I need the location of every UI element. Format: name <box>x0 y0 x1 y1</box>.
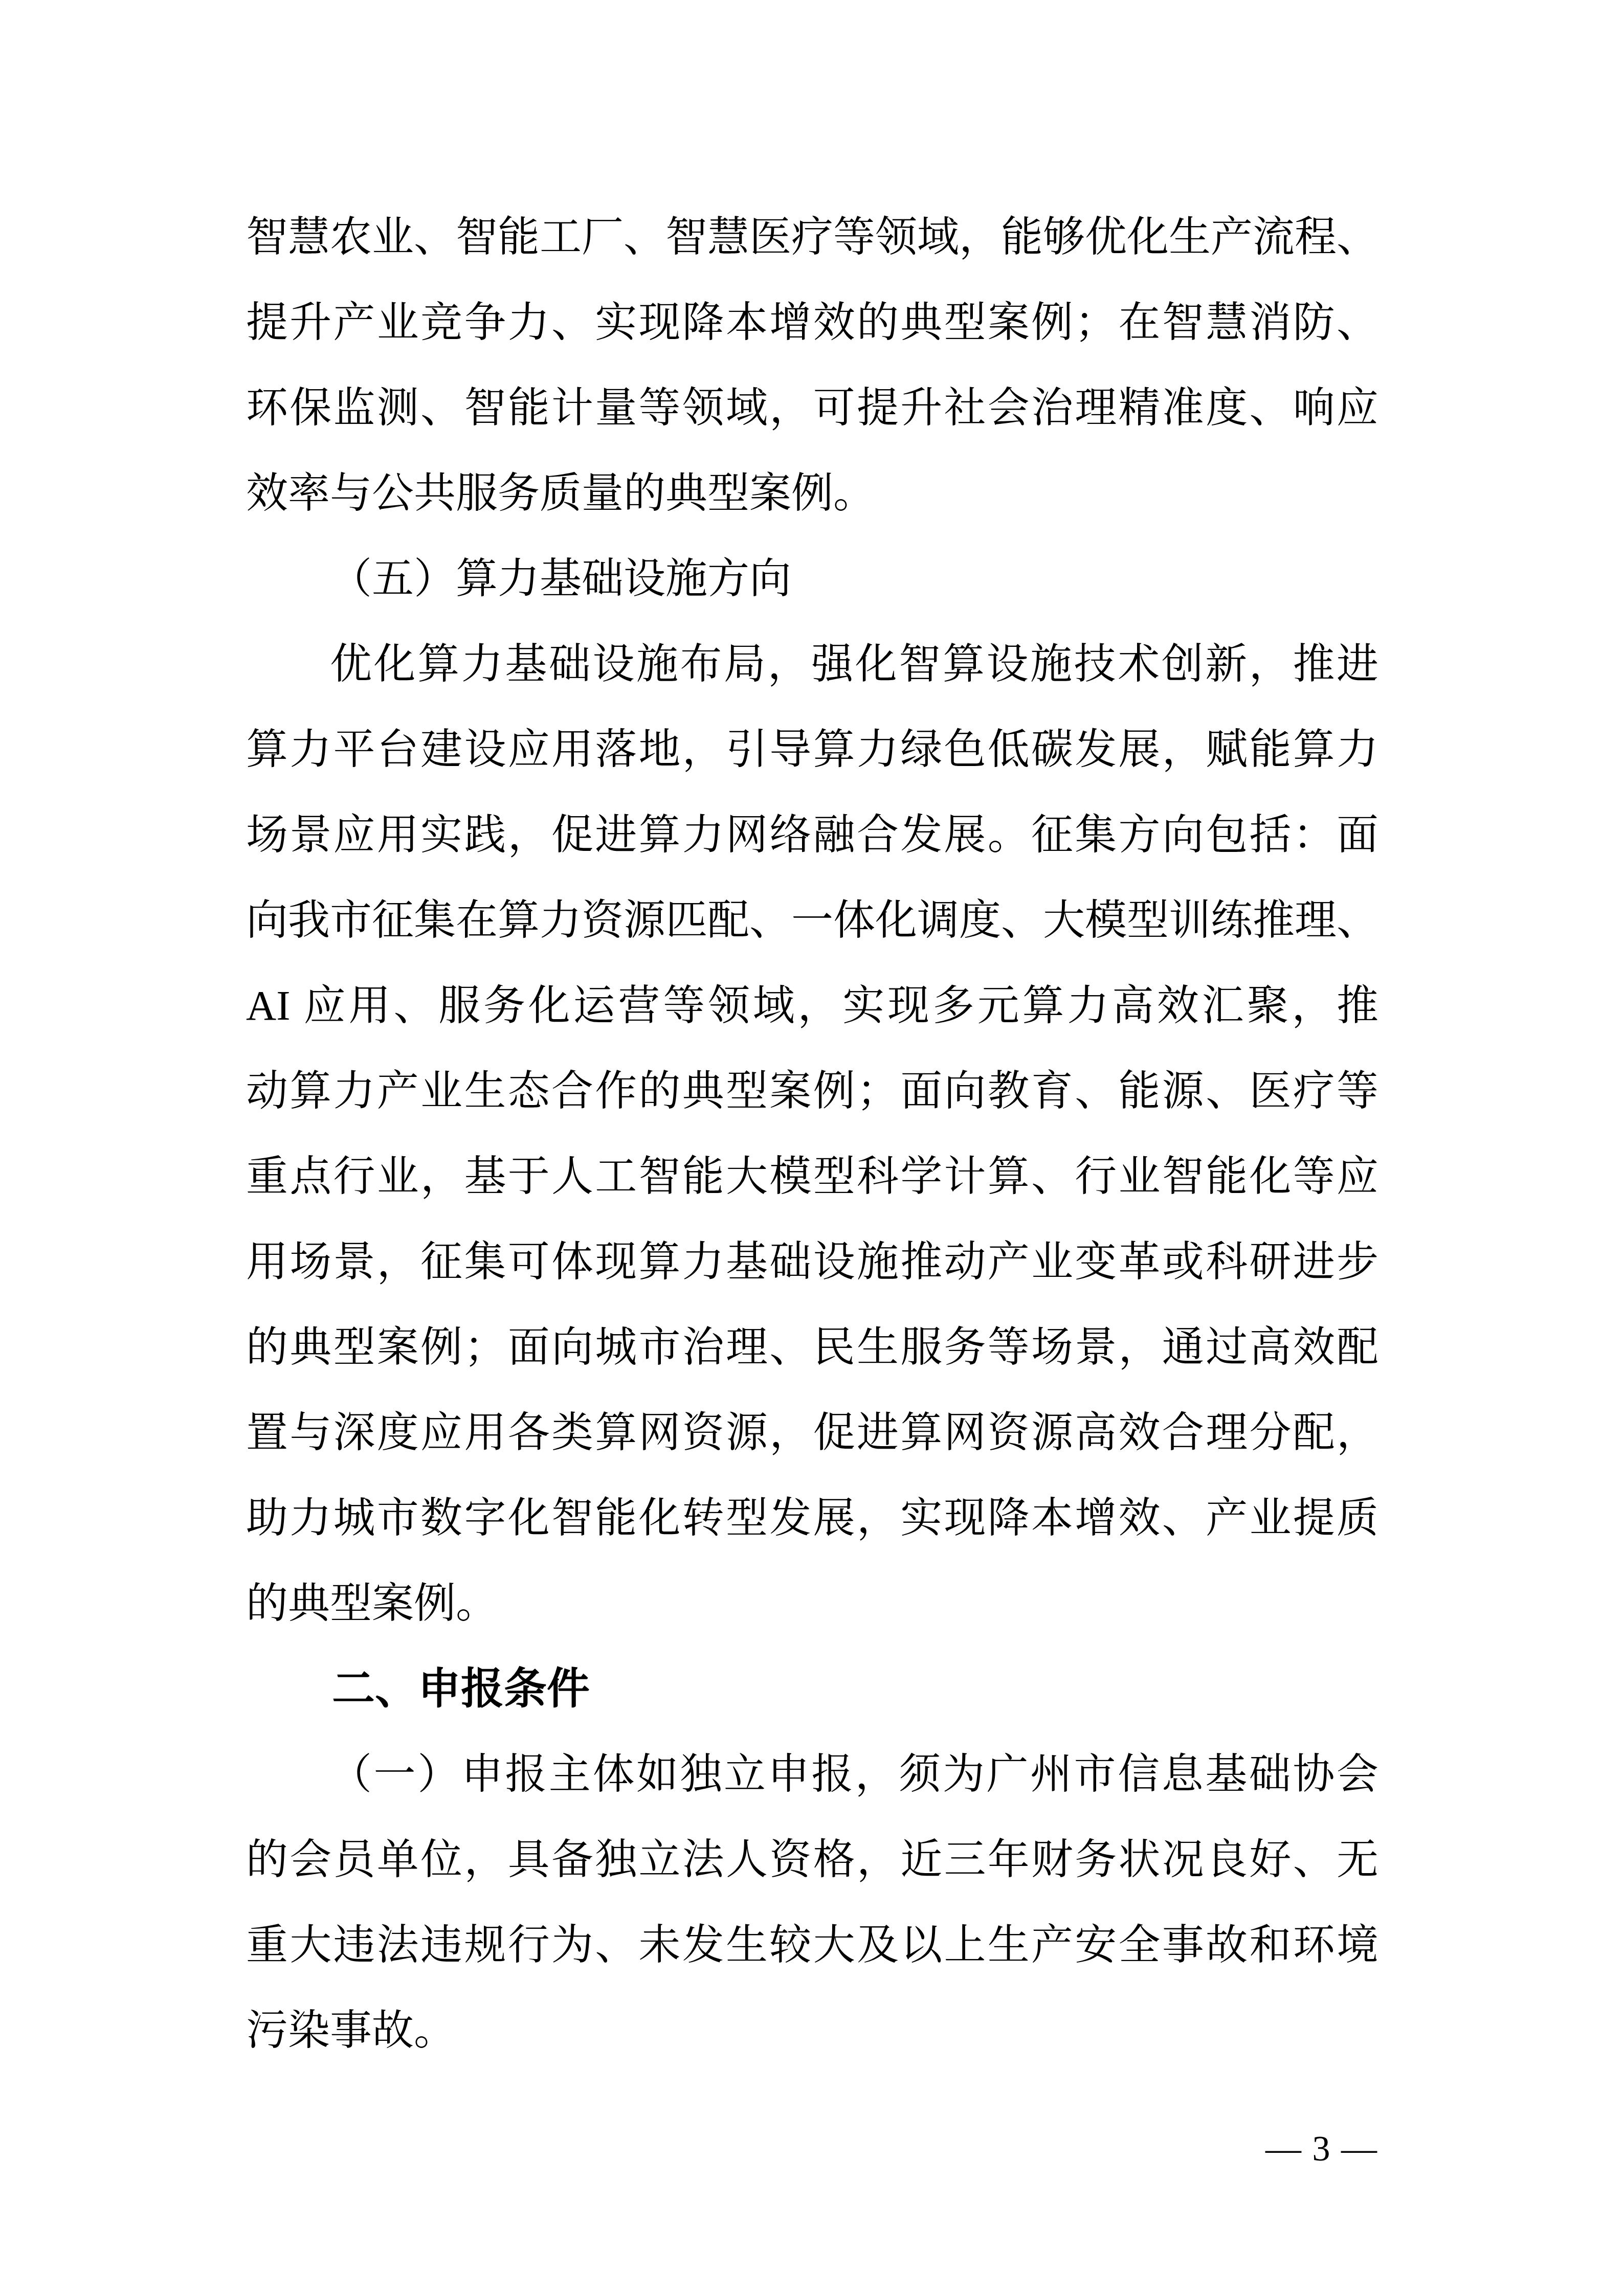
body-line: 效率与公共服务质量的典型案例。 <box>246 451 1378 536</box>
body-line: 向我市征集在算力资源匹配、一体化调度、大模型训练推理、 <box>246 877 1378 963</box>
section-heading: 二、申报条件 <box>246 1646 1378 1731</box>
body-line: 重大违法违规行为、未发生较大及以上生产安全事故和环境 <box>246 1902 1378 1988</box>
body-line: 动算力产业生态合作的典型案例；面向教育、能源、医疗等 <box>246 1048 1378 1134</box>
body-line: 智慧农业、智能工厂、智慧医疗等领域，能够优化生产流程、 <box>246 194 1378 280</box>
body-line: AI 应用、服务化运营等领域，实现多元算力高效汇聚，推 <box>246 963 1378 1048</box>
body-line: 用场景，征集可体现算力基础设施推动产业变革或科研进步 <box>246 1219 1378 1304</box>
subsection-heading: （五）算力基础设施方向 <box>246 536 1378 621</box>
body-line: 污染事故。 <box>246 1988 1378 2073</box>
body-line: 的典型案例；面向城市治理、民生服务等场景，通过高效配 <box>246 1304 1378 1390</box>
body-line: 助力城市数字化智能化转型发展，实现降本增效、产业提质 <box>246 1475 1378 1561</box>
body-line: 提升产业竞争力、实现降本增效的典型案例；在智慧消防、 <box>246 280 1378 365</box>
body-line: 重点行业，基于人工智能大模型科学计算、行业智能化等应 <box>246 1134 1378 1219</box>
body-line: 场景应用实践，促进算力网络融合发展。征集方向包括：面 <box>246 792 1378 877</box>
text-block: 智慧农业、智能工厂、智慧医疗等领域，能够优化生产流程、 提升产业竞争力、实现降本… <box>246 194 1378 2073</box>
body-line: 的会员单位，具备独立法人资格，近三年财务状况良好、无 <box>246 1817 1378 1902</box>
body-line: 算力平台建设应用落地，引导算力绿色低碳发展，赋能算力 <box>246 707 1378 792</box>
body-line: （一）申报主体如独立申报，须为广州市信息基础协会 <box>246 1731 1378 1817</box>
body-line: 置与深度应用各类算网资源，促进算网资源高效合理分配， <box>246 1390 1378 1475</box>
document-page: 智慧农业、智能工厂、智慧医疗等领域，能够优化生产流程、 提升产业竞争力、实现降本… <box>0 0 1624 2296</box>
page-number: — 3 — <box>1265 2121 1378 2177</box>
body-line: 优化算力基础设施布局，强化智算设施技术创新，推进 <box>246 621 1378 707</box>
body-line: 的典型案例。 <box>246 1561 1378 1646</box>
body-line: 环保监测、智能计量等领域，可提升社会治理精准度、响应 <box>246 365 1378 451</box>
